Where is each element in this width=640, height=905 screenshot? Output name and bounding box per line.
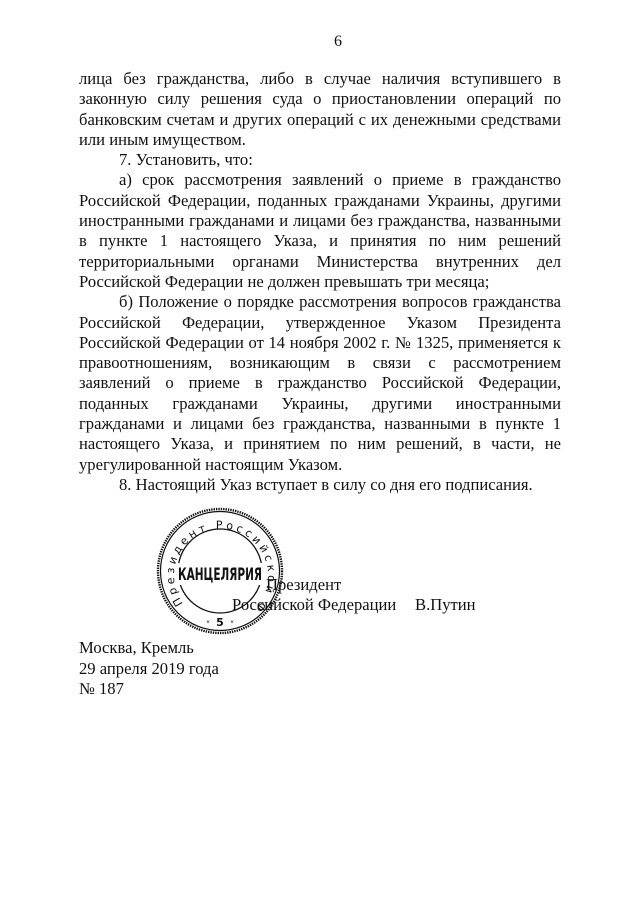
paragraph-continuation: лица без гражданства, либо в случае нали… xyxy=(79,69,561,150)
paragraph-item-7b: б) Положение о порядке рассмотрения вопр… xyxy=(79,292,561,475)
page-number: 6 xyxy=(0,33,640,51)
chancellery-seal-stamp: Президент Российской Федерации КАНЦЕЛЯРИ… xyxy=(156,507,284,635)
document-body: лица без гражданства, либо в случае нали… xyxy=(79,69,561,495)
stamp-number: 5 xyxy=(216,616,224,629)
paragraph-item-8: 8. Настоящий Указ вступает в силу со дня… xyxy=(79,475,561,495)
signing-date: 29 апреля 2019 года xyxy=(79,659,219,680)
svg-text:*: * xyxy=(206,619,210,627)
signing-place: Москва, Кремль xyxy=(79,638,219,659)
svg-text:*: * xyxy=(230,619,234,627)
paragraph-item-7a: а) срок рассмотрения заявлений о приеме … xyxy=(79,170,561,292)
decree-number: № 187 xyxy=(79,679,219,700)
paragraph-item-7: 7. Установить, что: xyxy=(79,150,561,170)
signature-title-line2: Российской Федерации xyxy=(232,595,396,615)
stamp-center-text: КАНЦЕЛЯРИЯ xyxy=(178,565,262,584)
document-footer: Москва, Кремль 29 апреля 2019 года № 187 xyxy=(79,638,219,700)
signature-name: В.Путин xyxy=(415,595,476,615)
signature-title-line1: Президент xyxy=(266,575,341,595)
